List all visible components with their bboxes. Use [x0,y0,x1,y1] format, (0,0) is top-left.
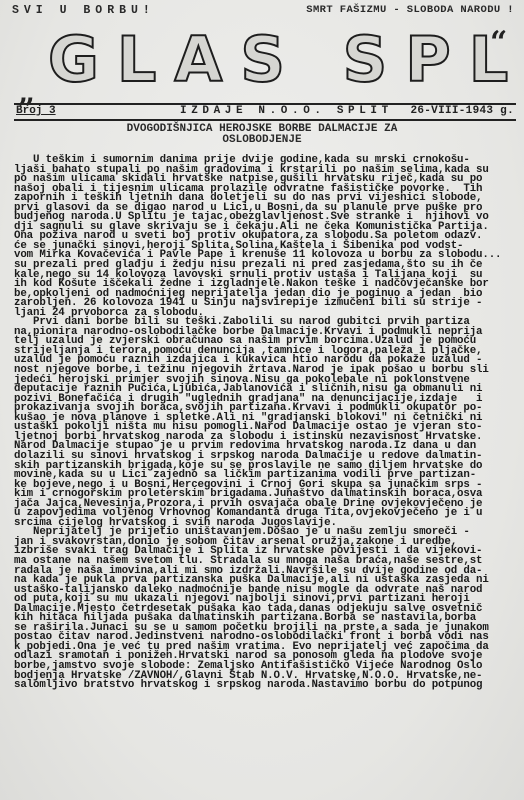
issue-bar: Broj 3 IZDAJE N.O.O. SPLIT 26-VIII-1943 … [14,103,516,121]
masthead-title: GLAS SPLITA [48,28,496,92]
newspaper-page: SVI U BORBU! SMRT FAŠIZMU - SLOBODA NARO… [0,0,524,800]
headline-line: OSLOBODJENJE [0,135,524,146]
top-slogans: SVI U BORBU! SMRT FAŠIZMU - SLOBODA NARO… [12,4,514,18]
article-headline: DVOGODIŠNJICA HEROJSKE BORBE DALMACIJE Z… [0,124,524,146]
article-body: U teškim i sumornim danima prije dvije g… [14,156,522,691]
issue-number: Broj 3 [16,105,56,118]
publisher-line: IZDAJE N.O.O. SPLIT [180,105,393,118]
slogan-left: SVI U BORBU! [12,4,155,17]
closing-quote-mark: “ [490,28,507,58]
issue-date: 26-VIII-1943 g. [410,105,514,118]
article-text-line: salomljivo bratstvo hrvatskog i srpskog … [14,681,522,691]
slogan-right: SMRT FAŠIZMU - SLOBODA NARODU ! [306,4,514,16]
masthead: „ GLAS SPLITA “ [0,26,524,98]
